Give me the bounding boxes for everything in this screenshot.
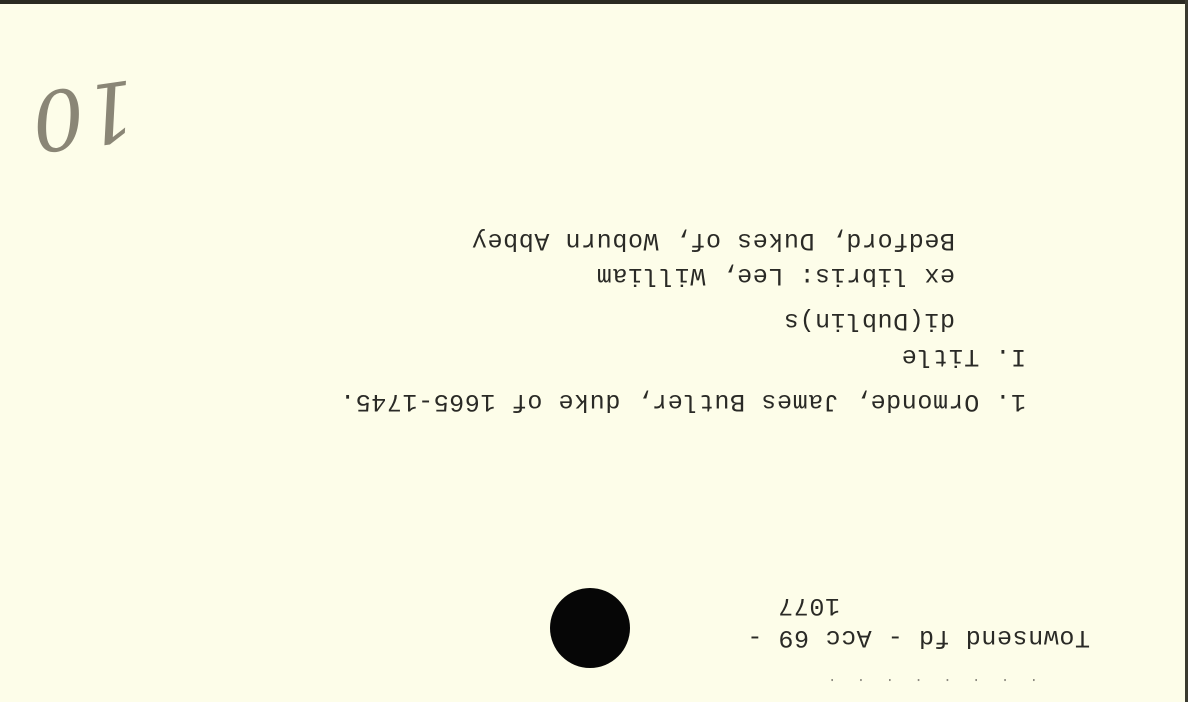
call-number-line: Townsend fd - Acc 69 - xyxy=(747,622,1090,652)
scan-edge xyxy=(0,0,1188,4)
accession-number: 1077 xyxy=(778,590,840,620)
punch-hole xyxy=(550,588,630,668)
catalog-card: Townsend fd - Acc 69 - 1077 . . . . . . … xyxy=(0,0,1188,702)
tracing-provenance: ex libris: Lee, William xyxy=(596,260,955,290)
tracing-binding: di(Dublin)s xyxy=(783,305,955,335)
handwritten-number: 10 xyxy=(26,60,143,169)
tracing-subject: 1. Ormonde, James Butler, duke of 1665-1… xyxy=(339,386,1026,416)
tracing-provenance-2: Bedford, Dukes of, Woburn Abbey xyxy=(471,225,955,255)
tracing-title: I. Title xyxy=(901,341,1026,371)
smudge-marks: . . . . . . . . xyxy=(822,674,1038,690)
